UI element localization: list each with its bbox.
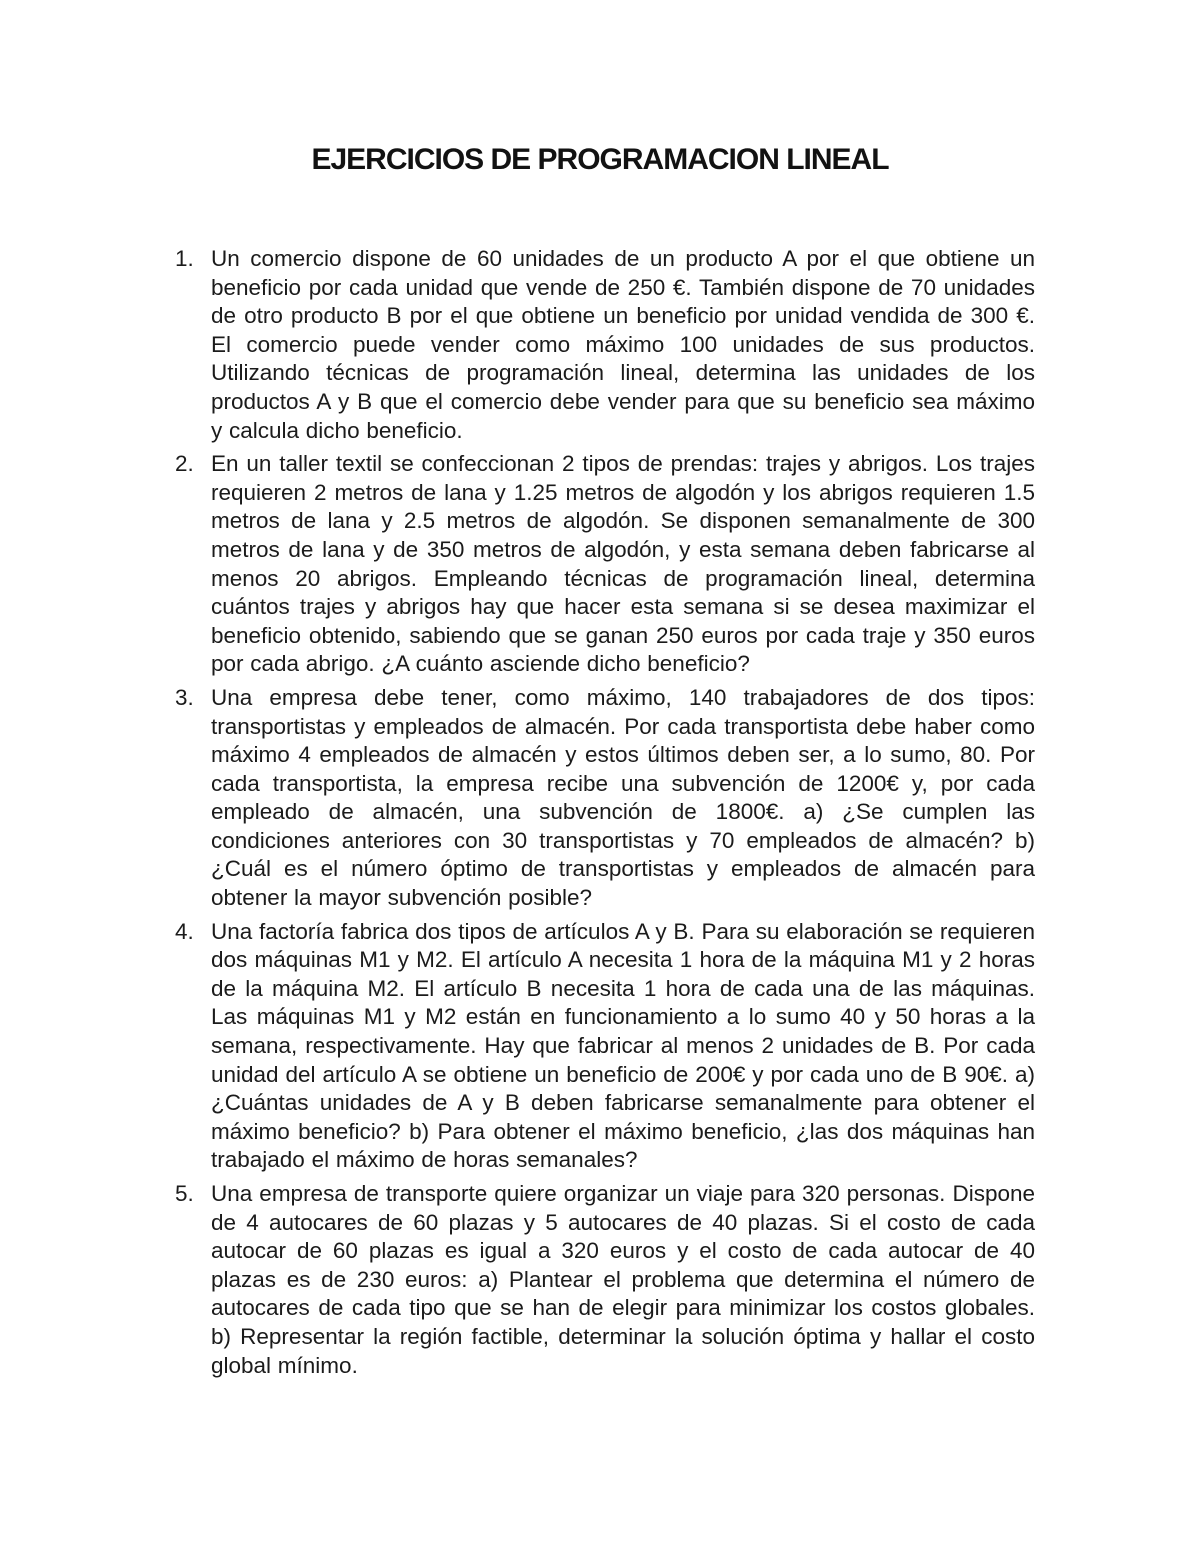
item-text: Una empresa de transporte quiere organiz… xyxy=(211,1180,1035,1380)
item-text: En un taller textil se confeccionan 2 ti… xyxy=(211,450,1035,679)
exercise-item-3: 3. Una empresa debe tener, como máximo, … xyxy=(175,684,1035,913)
exercise-item-1: 1. Un comercio dispone de 60 unidades de… xyxy=(175,245,1035,445)
document-page: EJERCICIOS DE PROGRAMACION LINEAL 1. Un … xyxy=(0,0,1200,1553)
item-number: 5. xyxy=(175,1180,211,1209)
item-text: Una empresa debe tener, como máximo, 140… xyxy=(211,684,1035,913)
item-number: 1. xyxy=(175,245,211,274)
item-text: Un comercio dispone de 60 unidades de un… xyxy=(211,245,1035,445)
exercise-list: 1. Un comercio dispone de 60 unidades de… xyxy=(175,245,1035,1380)
item-text: Una factoría fabrica dos tipos de artícu… xyxy=(211,918,1035,1175)
exercise-item-2: 2. En un taller textil se confeccionan 2… xyxy=(175,450,1035,679)
exercise-item-4: 4. Una factoría fabrica dos tipos de art… xyxy=(175,918,1035,1175)
item-number: 3. xyxy=(175,684,211,713)
item-number: 4. xyxy=(175,918,211,947)
item-number: 2. xyxy=(175,450,211,479)
page-title: EJERCICIOS DE PROGRAMACION LINEAL xyxy=(165,142,1035,178)
exercise-item-5: 5. Una empresa de transporte quiere orga… xyxy=(175,1180,1035,1380)
